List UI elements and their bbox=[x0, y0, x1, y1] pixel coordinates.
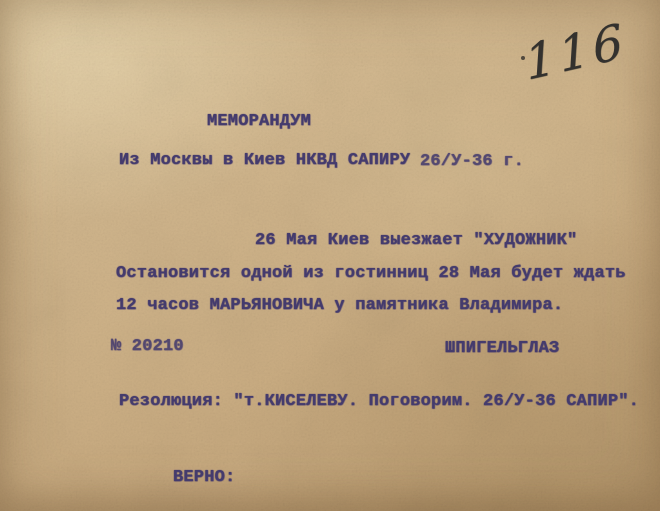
memo-number: № 20210 bbox=[111, 337, 184, 356]
scanned-memo-page: 116 МЕМОРАНДУМ Из Москвы в Киев НКВД САП… bbox=[0, 0, 660, 511]
handwritten-page-number: 116 bbox=[522, 13, 630, 92]
header-route: Из Москвы в Киев НКВД САПИРУ bbox=[119, 151, 410, 170]
pencil-dot bbox=[521, 56, 525, 60]
signature-shpigelglaz: ШПИГЕЛЬГЛАЗ bbox=[445, 339, 559, 358]
certification-verno: ВЕРНО: bbox=[173, 468, 235, 487]
body-line-2: Остановится одной из гостинниц 28 Мая бу… bbox=[116, 264, 626, 283]
memo-title: МЕМОРАНДУМ bbox=[207, 112, 311, 131]
header-date: 26/У-36 г. bbox=[420, 152, 524, 171]
resolution-line: Резолюция: "т.КИСЕЛЕВУ. Поговорим. 26/У-… bbox=[119, 392, 639, 411]
body-line-1: 26 Мая Киев выезжает "ХУДОЖНИК" bbox=[255, 231, 577, 250]
body-line-3: 12 часов МАРЬЯНОВИЧА у памятника Владими… bbox=[116, 296, 563, 315]
